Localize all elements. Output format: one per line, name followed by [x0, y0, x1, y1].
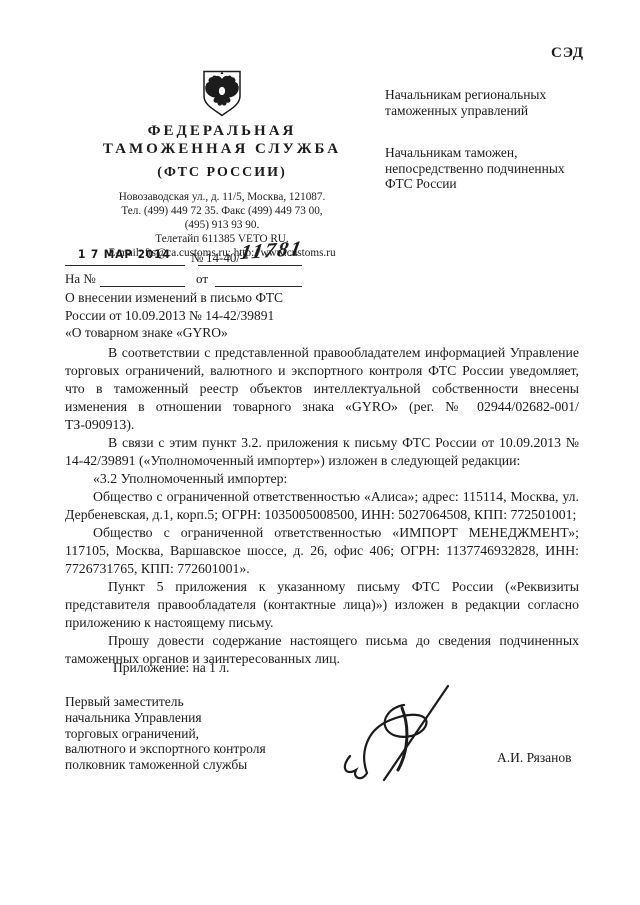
- signer-title: Первый заместитель начальника Управления…: [65, 694, 360, 773]
- body-paragraph: В связи с этим пункт 3.2. приложения к п…: [65, 434, 579, 470]
- date-stamp: 1 7 МАР 2014: [78, 247, 171, 261]
- letter-subject: О внесении изменений в письмо ФТС России…: [65, 289, 390, 342]
- incoming-number-label: На №: [65, 271, 96, 287]
- reference-block: 1 7 МАР 2014 № 14-40/ 11781 На № от: [65, 245, 310, 291]
- addressee-secondary: Начальникам таможен, непосредственно под…: [385, 145, 600, 192]
- number-sign: №: [191, 250, 203, 266]
- coat-of-arms-icon: [201, 70, 243, 118]
- body-paragraph: Пункт 5 приложения к указанному письму Ф…: [65, 578, 579, 632]
- outgoing-number-prefix: 14-40/: [206, 250, 240, 266]
- body-paragraph: В соответствии с представленной правообл…: [65, 344, 579, 434]
- signer-name: А.И. Рязанов: [497, 750, 572, 766]
- org-name-line2: ТАМОЖЕННАЯ СЛУЖБА: [62, 141, 382, 158]
- org-teletype-line: Телетайп 611385 VETO RU.: [62, 232, 382, 246]
- date-underline: [65, 265, 185, 266]
- sed-mark: СЭД: [551, 45, 584, 62]
- body-paragraph: Общество с ограниченной ответственностью…: [65, 524, 579, 578]
- incoming-date-label: от: [196, 271, 208, 287]
- signature-autograph: [336, 680, 466, 785]
- number-underline: [198, 265, 302, 266]
- incoming-date-underline: [215, 286, 302, 287]
- org-address-line: Новозаводская ул., д. 11/5, Москва, 1210…: [62, 190, 382, 204]
- outgoing-number-handwritten: 11781: [238, 236, 305, 265]
- org-phone-line: Тел. (499) 449 72 35. Факс (499) 449 73 …: [62, 204, 382, 218]
- addressee-block: Начальникам региональных таможенных упра…: [385, 87, 600, 192]
- org-phone-line2: (495) 913 93 90.: [62, 218, 382, 232]
- org-name-line1: ФЕДЕРАЛЬНАЯ: [62, 123, 382, 140]
- body-paragraph: «3.2 Уполномоченный импортер:: [65, 470, 579, 488]
- org-abbreviation: (ФТС РОССИИ): [62, 165, 382, 181]
- letterhead: ФЕДЕРАЛЬНАЯ ТАМОЖЕННАЯ СЛУЖБА (ФТС РОССИ…: [62, 70, 382, 260]
- scanned-letter-page: СЭД ФЕДЕРАЛЬНАЯ ТАМОЖЕННАЯ СЛУЖБА (ФТС Р…: [0, 0, 640, 905]
- body-paragraph: Общество с ограниченной ответственностью…: [65, 488, 579, 524]
- addressee-primary: Начальникам региональных таможенных упра…: [385, 87, 600, 118]
- letter-body: В соответствии с представленной правообл…: [65, 344, 579, 668]
- incoming-number-underline: [100, 286, 185, 287]
- attachment-note: Приложение: на 1 л.: [65, 660, 229, 676]
